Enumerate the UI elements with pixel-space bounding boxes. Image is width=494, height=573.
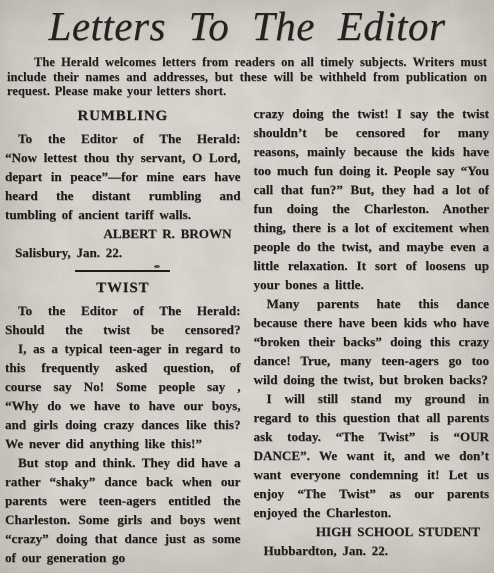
section-divider <box>75 270 170 272</box>
clipping-content: Letters To The Editor The Herald welcome… <box>0 0 494 567</box>
letter-columns: RUMBLING To the Editor of The Herald: “N… <box>5 104 489 567</box>
letter-rumbling-dateline: Salisbury, Jan. 22. <box>5 243 241 262</box>
letter-rumbling-signature: ALBERT R. BROWN <box>5 224 241 243</box>
letter-rumbling-heading: RUMBLING <box>5 107 241 125</box>
letter-twist-question: Should the twist be censored? <box>5 320 241 339</box>
column-right: crazy doing the twist! I say the twist s… <box>254 104 490 560</box>
letter-rumbling-salutation: To the Editor of The Herald: <box>5 129 241 148</box>
editor-policy-note: The Herald welcomes letters from readers… <box>5 55 489 99</box>
letter-twist-paragraph: I, as a typical teen-ager in regard to t… <box>5 339 241 453</box>
newspaper-clipping: Letters To The Editor The Herald welcome… <box>0 0 494 573</box>
letter-twist-heading: TWIST <box>5 279 241 297</box>
letter-twist-salutation: To the Editor of The Herald: <box>5 301 241 320</box>
column-left: RUMBLING To the Editor of The Herald: “N… <box>5 104 241 567</box>
letter-twist-paragraph: I will still stand my ground in regard t… <box>254 389 490 522</box>
letter-twist-paragraph: But stop and think. They did have a rath… <box>5 453 241 567</box>
letter-twist-paragraph-continued: crazy doing the twist! I say the twist s… <box>254 104 490 294</box>
letter-twist-paragraph: Many parents hate this dance because the… <box>254 294 490 389</box>
page-title: Letters To The Editor <box>5 4 489 48</box>
letter-twist-signature: HIGH SCHOOL STUDENT <box>254 522 490 541</box>
letter-twist-dateline: Hubbardton, Jan. 22. <box>254 541 490 560</box>
letter-rumbling-body: “Now lettest thou thy servant, O Lord, d… <box>5 148 241 224</box>
